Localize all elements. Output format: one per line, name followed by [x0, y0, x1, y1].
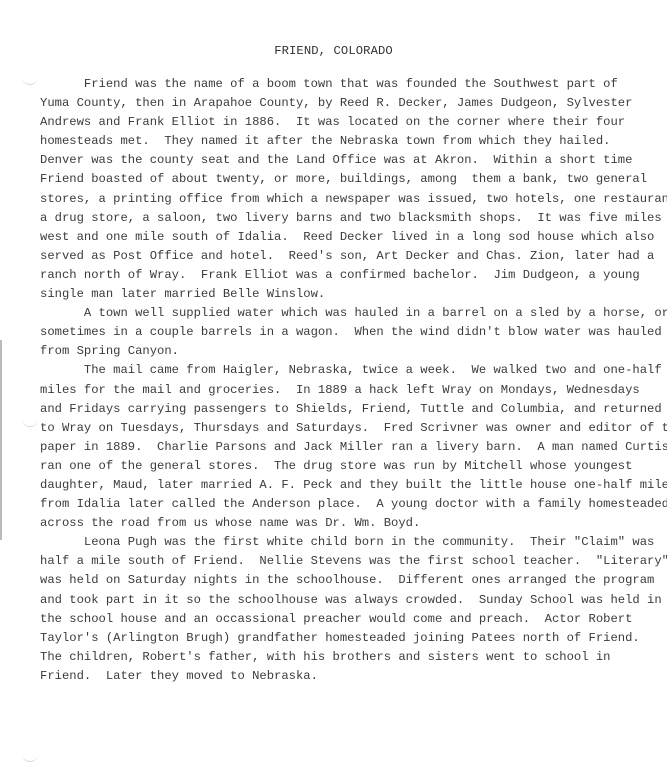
text-line: ranch north of Wray. Frank Elliot was a … — [40, 266, 640, 285]
text-line: Denver was the county seat and the Land … — [40, 151, 640, 170]
text-line: from Spring Canyon. — [40, 342, 640, 361]
text-line: was held on Saturday nights in the schoo… — [40, 571, 640, 590]
punch-hole-mark — [22, 753, 38, 762]
text-line: Leona Pugh was the first white child bor… — [40, 533, 640, 552]
text-line: Yuma County, then in Arapahoe County, by… — [40, 94, 640, 113]
text-line: served as Post Office and hotel. Reed's … — [40, 247, 640, 266]
page-edge-shadow — [0, 340, 2, 540]
text-line: Andrews and Frank Elliot in 1886. It was… — [40, 113, 640, 132]
text-line: Friend boasted of about twenty, or more,… — [40, 170, 640, 189]
text-line: miles for the mail and groceries. In 188… — [40, 381, 640, 400]
text-line: to Wray on Tuesdays, Thursdays and Satur… — [40, 419, 640, 438]
text-line: Friend. Later they moved to Nebraska. — [40, 667, 640, 686]
text-line: and Fridays carrying passengers to Shiel… — [40, 400, 640, 419]
text-line: west and one mile south of Idalia. Reed … — [40, 228, 640, 247]
text-line: paper in 1889. Charlie Parsons and Jack … — [40, 438, 640, 457]
text-line: The mail came from Haigler, Nebraska, tw… — [40, 361, 640, 380]
text-line: single man later married Belle Winslow. — [40, 285, 640, 304]
text-line: the school house and an occassional prea… — [40, 610, 640, 629]
text-line: ran one of the general stores. The drug … — [40, 457, 640, 476]
text-line: and took part in it so the schoolhouse w… — [40, 591, 640, 610]
text-line: homesteads met. They named it after the … — [40, 132, 640, 151]
text-line: Taylor's (Arlington Brugh) grandfather h… — [40, 629, 640, 648]
punch-hole-mark — [22, 418, 38, 427]
text-line: Friend was the name of a boom town that … — [40, 75, 640, 94]
text-line: daughter, Maud, later married A. F. Peck… — [40, 476, 640, 495]
text-line: from Idalia later called the Anderson pl… — [40, 495, 640, 514]
document-body: Friend was the name of a boom town that … — [40, 75, 640, 686]
document-title: FRIEND, COLORADO — [0, 44, 667, 58]
text-line: The children, Robert's father, with his … — [40, 648, 640, 667]
text-line: a drug store, a saloon, two livery barns… — [40, 209, 640, 228]
text-line: half a mile south of Friend. Nellie Stev… — [40, 552, 640, 571]
punch-hole-mark — [22, 76, 38, 85]
typed-document-page: FRIEND, COLORADO Friend was the name of … — [0, 0, 667, 768]
text-line: stores, a printing office from which a n… — [40, 190, 640, 209]
text-line: sometimes in a couple barrels in a wagon… — [40, 323, 640, 342]
text-line: across the road from us whose name was D… — [40, 514, 640, 533]
text-line: A town well supplied water which was hau… — [40, 304, 640, 323]
